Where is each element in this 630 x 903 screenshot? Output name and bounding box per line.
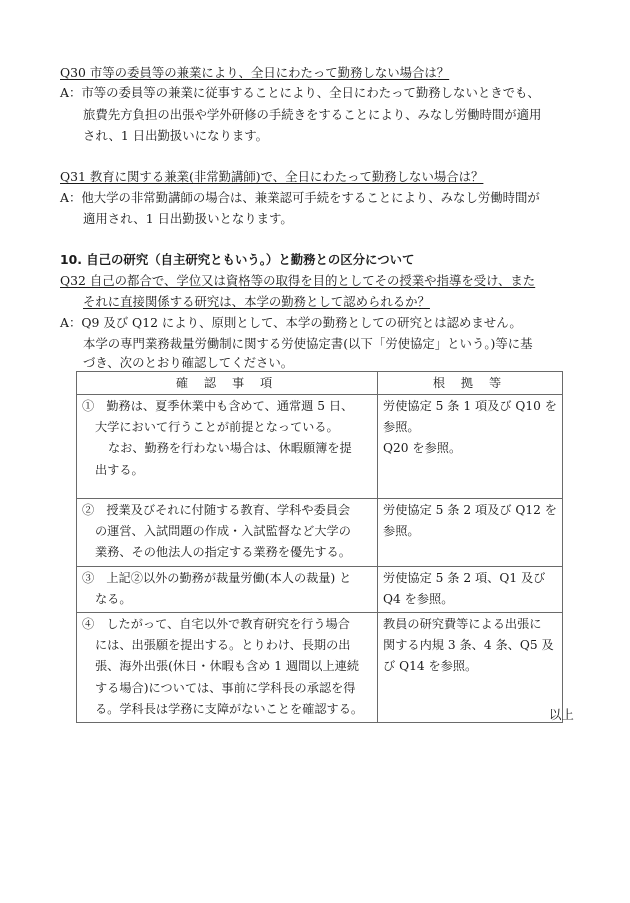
basis-text: 労使協定 5 条 1 項及び Q10 を — [383, 396, 557, 417]
q31-question: Q31 教育に関する兼業(非常勤講師)で、全日にわたって勤務しない場合は？ — [60, 167, 483, 187]
q32-question-line-2: それに直接関係する研究は、本学の勤務として認められるか？ — [83, 292, 430, 312]
item-text: 張、海外出張(休日・休暇も含め 1 週間以上連続 — [82, 656, 372, 677]
q31-answer-line-2: 適用され、1 日出勤扱いとなります。 — [83, 209, 293, 229]
q32-answer-line-3: づき、次のとおり確認してください。 — [83, 353, 293, 373]
item-text: 業務、その他法人の指定する業務を優先する。 — [82, 542, 372, 563]
basis-cell: 労使協定 5 条 2 項、Q1 及び Q4 を参照。 — [378, 566, 563, 612]
basis-cell: 労使協定 5 条 2 項及び Q12 を 参照。 — [378, 499, 563, 567]
basis-text: 教員の研究費等による出張に — [383, 614, 557, 635]
confirmation-table: 確 認 事 項 根 拠 等 ① 勤務は、夏季休業中も含めて、通常週 5 日、 大… — [76, 371, 563, 723]
basis-text: 労使協定 5 条 2 項、Q1 及び — [383, 568, 557, 589]
q30-answer-line-2: 旅費先方負担の出張や学外研修の手続きをすることにより、みなし労働時間が適用 — [83, 105, 541, 125]
table-row: ① 勤務は、夏季休業中も含めて、通常週 5 日、 大学において行うことが前提とな… — [77, 395, 563, 499]
item-text: なお、勤務を行わない場合は、休暇願簿を提 — [82, 438, 372, 459]
basis-text: 労使協定 5 条 2 項及び Q12 を — [383, 500, 557, 521]
item-text: ③ 上記②以外の勤務が裁量労働(本人の裁量) と — [82, 568, 372, 589]
basis-cell: 労使協定 5 条 1 項及び Q10 を 参照。 Q20 を参照。 — [378, 395, 563, 499]
q32-answer-line-2: 本学の専門業務裁量労働制に関する労使協定書(以下「労使協定」という。)等に基 — [83, 334, 533, 354]
item-text: る。学科長は学務に支障がないことを確認する。 — [82, 699, 372, 720]
item-text: ② 授業及びそれに付随する教育、学科や委員会 — [82, 500, 372, 521]
item-text: の運営、入試問題の作成・入試監督など大学の — [82, 521, 372, 542]
item-cell: ④ したがって、自宅以外で教育研究を行う場合 には、出張願を提出する。とりわけ、… — [77, 613, 378, 723]
item-text: ① 勤務は、夏季休業中も含めて、通常週 5 日、 — [82, 396, 372, 417]
q30-answer-line-3: され、1 日出勤扱いになります。 — [83, 126, 268, 146]
item-cell: ③ 上記②以外の勤務が裁量労働(本人の裁量) と なる。 — [77, 566, 378, 612]
q32-answer-line-1: A：Q9 及び Q12 により、原則として、本学の勤務としての研究とは認めません… — [60, 313, 522, 333]
q31-answer-line-1: A：他大学の非常勤講師の場合は、兼業認可手続をすることにより、みなし労働時間が — [60, 188, 540, 208]
basis-text: び Q14 を参照。 — [383, 656, 557, 677]
table-row: ③ 上記②以外の勤務が裁量労働(本人の裁量) と なる。 労使協定 5 条 2 … — [77, 566, 563, 612]
q30-question: Q30 市等の委員等の兼業により、全日にわたって勤務しない場合は？ — [60, 63, 449, 83]
section-heading: 10. 自己の研究（自主研究ともいう。）と勤務との区分について — [60, 250, 414, 270]
item-text: なる。 — [82, 589, 372, 610]
q30-answer-line-1: A：市等の委員等の兼業に従事することにより、全日にわたって勤務しないときでも、 — [60, 83, 540, 103]
item-text: ④ したがって、自宅以外で教育研究を行う場合 — [82, 614, 372, 635]
basis-cell: 教員の研究費等による出張に 関する内規 3 条、4 条、Q5 及 び Q14 を… — [378, 613, 563, 723]
item-cell: ② 授業及びそれに付随する教育、学科や委員会 の運営、入試問題の作成・入試監督な… — [77, 499, 378, 567]
table-header-row: 確 認 事 項 根 拠 等 — [77, 372, 563, 395]
item-text: 出する。 — [82, 460, 372, 481]
item-text: 大学において行うことが前提となっている。 — [82, 417, 372, 438]
basis-text: 関する内規 3 条、4 条、Q5 及 — [383, 635, 557, 656]
q32-question-line-1: Q32 自己の都合で、学位又は資格等の取得を目的としてその授業や指導を受け、また — [60, 271, 535, 291]
item-cell: ① 勤務は、夏季休業中も含めて、通常週 5 日、 大学において行うことが前提とな… — [77, 395, 378, 499]
table-row: ② 授業及びそれに付随する教育、学科や委員会 の運営、入試問題の作成・入試監督な… — [77, 499, 563, 567]
table-row: ④ したがって、自宅以外で教育研究を行う場合 には、出張願を提出する。とりわけ、… — [77, 613, 563, 723]
document-page: Q30 市等の委員等の兼業により、全日にわたって勤務しない場合は？ A：市等の委… — [0, 0, 630, 903]
item-text: する場合)については、事前に学科長の承認を得 — [82, 678, 372, 699]
closing-text: 以上 — [549, 705, 574, 725]
basis-text: Q4 を参照。 — [383, 589, 557, 610]
header-confirmation-items: 確 認 事 項 — [77, 372, 378, 395]
item-text: には、出張願を提出する。とりわけ、長期の出 — [82, 635, 372, 656]
basis-text: 参照。 — [383, 521, 557, 542]
basis-text: 参照。 — [383, 417, 557, 438]
basis-text: Q20 を参照。 — [383, 438, 557, 459]
header-basis: 根 拠 等 — [378, 372, 563, 395]
